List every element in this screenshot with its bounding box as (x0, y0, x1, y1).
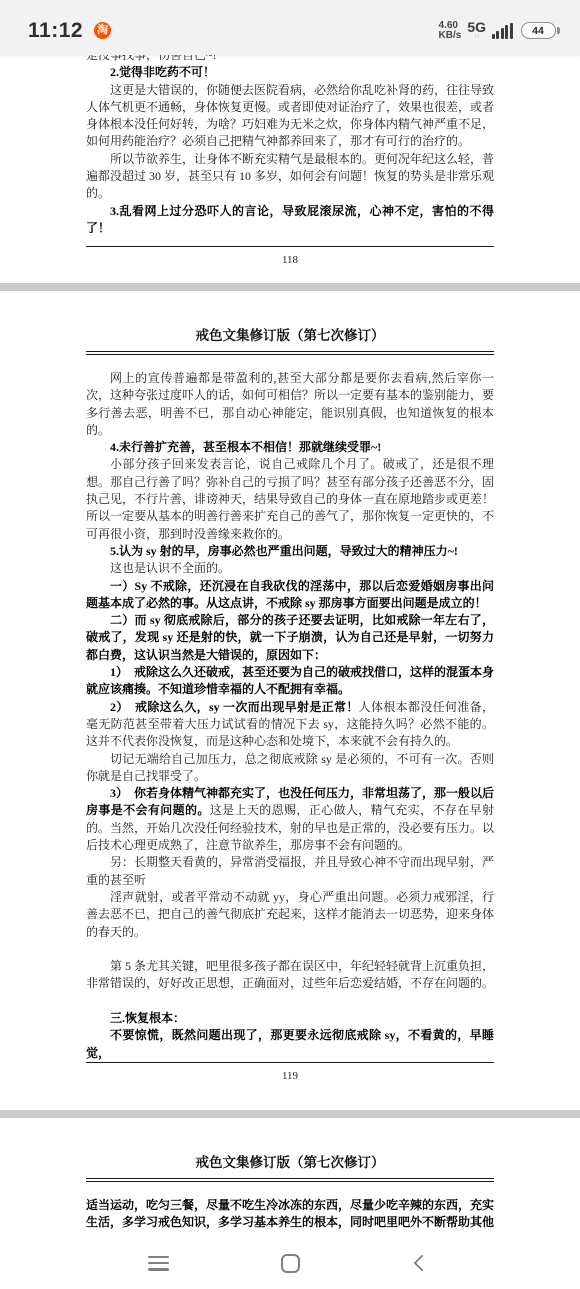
bold-text-run: 不要惊慌，既然问题出现了，那更要永远彻底戒除 sy，不看黄的，早睡觉， (86, 1028, 494, 1059)
battery-level: 44 (521, 22, 556, 39)
page-header: 戒色文集修订版（第七次修订） (86, 1155, 494, 1182)
footer-rule (86, 1062, 494, 1063)
paragraph: 3） 你若身体精气神都充实了，也没任何压力，非常坦荡了，那一般以后房事是不会有问… (86, 785, 494, 854)
page-footer: 119 (86, 1062, 494, 1084)
paragraph: 网上的宣传普遍都是带盈利的,甚至大部分都是要你去看病,然后宰你一次，这种夸张过度… (86, 370, 494, 439)
page-header: 戒色文集修订版（第七次修订） (86, 328, 494, 355)
chevron-left-icon (414, 1255, 431, 1272)
bold-text-run: 1） 戒除这么久还破戒，甚至还要为自己的破戒找借口，这样的混蛋本身就应该痛揍。不… (86, 665, 494, 696)
phone-screen: 11:12 淘 4.60 KB/s 5G ↑↓ 44 是没事找事，伤害自己~!2… (0, 0, 580, 1289)
bold-text-run: 3.乱看网上过分恐吓人的言论，导致屁滚尿流，心神不定，害怕的不得了！ (86, 204, 494, 235)
paragraph: 二）而 sy 彻底戒除后，部分的孩子还要去证明，比如戒除一年左右了，破戒了，发现… (86, 612, 494, 664)
android-nav-bar (0, 1237, 580, 1289)
rounded-square-icon (281, 1254, 300, 1273)
paragraph: 2.觉得非吃药不可！ (86, 64, 494, 81)
header-double-rule (86, 1178, 494, 1182)
battery-icon: 44 (521, 22, 561, 39)
bold-text-run: 适当运动，吃匀三餐，尽量不吃生冷冰冻的东西，尽量少吃辛辣的东西，充实生活，多学习… (86, 1198, 494, 1229)
taobao-notification-icon: 淘 (94, 22, 111, 39)
document-scroll-area[interactable]: 是没事找事，伤害自己~!2.觉得非吃药不可！这更是大错误的，你随便去医院看病，必… (0, 55, 580, 1237)
signal-strength-icon (490, 23, 513, 39)
text-run: 切记无端给自己加压力，总之彻底戒除 sy 是必须的，不可有一次。否则你就是自己找… (86, 752, 494, 783)
paragraph: 小部分孩子回来发表言论，说自己戒除几个月了。破戒了，还是很不理想。那自己行善了吗… (86, 456, 494, 542)
paragraph: 这也是认识不全面的。 (86, 560, 494, 577)
paragraph: 所以节欲养生，让身体不断充实精气是最根本的。更何况年纪这么轻，普遍都没超过 30… (86, 151, 494, 203)
status-bar-right: 4.60 KB/s 5G ↑↓ 44 (439, 21, 560, 41)
page-separator (0, 1110, 580, 1118)
page-number: 119 (86, 1069, 494, 1084)
paragraph: 淫声就射，或者平常动不动就 yy，身心严重出问题。必须力戒邪淫，行善去恶不已，把… (86, 889, 494, 941)
text-run: 网上的宣传普遍都是带盈利的,甚至大部分都是要你去看病,然后宰你一次，这种夸张过度… (86, 371, 494, 437)
back-button[interactable] (408, 1249, 436, 1277)
page-body: 适当运动，吃匀三餐，尽量不吃生冷冰冻的东西，尽量少吃辛辣的东西，充实生活，多学习… (86, 1197, 494, 1232)
paragraph: 这更是大错误的，你随便去医院看病，必然给你乱吃补肾的药，往往导致人体气机更不通畅… (86, 82, 494, 151)
page-number: 118 (86, 253, 494, 268)
document-page-118: 是没事找事，伤害自己~!2.觉得非吃药不可！这更是大错误的，你随便去医院看病，必… (0, 55, 580, 283)
paragraph: 1） 戒除这么久还破戒，甚至还要为自己的破戒找借口，这样的混蛋本身就应该痛揍。不… (86, 664, 494, 699)
status-bar: 11:12 淘 4.60 KB/s 5G ↑↓ 44 (0, 0, 580, 55)
paragraph: 三.恢复根本： (86, 1010, 494, 1027)
text-run: 所以节欲养生，让身体不断充实精气是最根本的。更何况年纪这么轻，普遍都没超过 30… (86, 152, 494, 201)
bold-text-run: 4.未行善扩充善，甚至根本不相信！那就继续受罪~! (110, 440, 381, 454)
text-run: 小部分孩子回来发表言论，说自己戒除几个月了。破戒了，还是很不理想。那自己行善了吗… (86, 457, 494, 540)
page-separator (0, 283, 580, 291)
network-type-indicator: 5G ↑↓ (467, 21, 486, 40)
home-button[interactable] (276, 1249, 304, 1277)
battery-nub (557, 27, 560, 34)
page-body: 是没事找事，伤害自己~!2.觉得非吃药不可！这更是大错误的，你随便去医院看病，必… (86, 55, 494, 237)
bold-text-run: 一）Sy 不戒除，还沉浸在自我砍伐的淫荡中，那以后恋爱婚姻房事出问题基本成了必然… (86, 579, 494, 610)
bold-text-run: 二）而 sy 彻底戒除后，部分的孩子还要去证明，比如戒除一年左右了，破戒了，发现… (86, 613, 494, 662)
network-speed-value: 4.60 (439, 21, 462, 31)
page-footer: 118 (86, 246, 494, 268)
network-speed-unit: KB/s (439, 31, 462, 41)
recents-button[interactable] (144, 1249, 172, 1277)
bold-text-run: 5.认为 sy 射的早，房事必然也严重出问题，导致过大的精神压力~! (110, 544, 458, 558)
document-page-120: 戒色文集修订版（第七次修订） 适当运动，吃匀三餐，尽量不吃生冷冰冻的东西，尽量少… (0, 1118, 580, 1237)
text-run: 这也是认识不全面的。 (110, 561, 230, 575)
paragraph: 适当运动，吃匀三餐，尽量不吃生冷冰冻的东西，尽量少吃辛辣的东西，充实生活，多学习… (86, 1197, 494, 1232)
document-page-119: 戒色文集修订版（第七次修订） 网上的宣传普遍都是带盈利的,甚至大部分都是要你去看… (0, 291, 580, 1110)
text-run: 第 5 条尤其关键，吧里很多孩子都在误区中，年纪轻轻就背上沉重负担，非常错误的，… (86, 959, 494, 990)
paragraph: 不要惊慌，既然问题出现了，那更要永远彻底戒除 sy，不看黄的，早睡觉， (86, 1027, 494, 1062)
paragraph: 5.认为 sy 射的早，房事必然也严重出问题，导致过大的精神压力~! (86, 543, 494, 560)
footer-rule (86, 246, 494, 247)
header-double-rule (86, 351, 494, 355)
bold-text-run: 2） 戒除这么久，sy 一次而出现早射是正常！ (110, 700, 359, 714)
paragraph: 3.乱看网上过分恐吓人的言论，导致屁滚尿流，心神不定，害怕的不得了！ (86, 203, 494, 238)
paragraph: 一）Sy 不戒除，还沉浸在自我砍伐的淫荡中，那以后恋爱婚姻房事出问题基本成了必然… (86, 578, 494, 613)
bold-text-run: 2.觉得非吃药不可！ (110, 65, 215, 79)
clock: 11:12 (28, 19, 83, 43)
blank-line (86, 941, 494, 958)
bold-text-run: 三.恢复根本： (110, 1011, 185, 1025)
paragraph: 第 5 条尤其关键，吧里很多孩子都在误区中，年纪轻轻就背上沉重负担，非常错误的，… (86, 958, 494, 993)
hamburger-menu-icon (148, 1256, 169, 1271)
text-run: 另：长期整天看黄的，异常消受福报，并且导致心神不守而出现早射，严重的甚至听 (86, 855, 494, 886)
blank-line (86, 993, 494, 1010)
network-type-label: 5G (467, 21, 486, 33)
page-body: 网上的宣传普遍都是带盈利的,甚至大部分都是要你去看病,然后宰你一次，这种夸张过度… (86, 370, 494, 1062)
paragraph: 另：长期整天看黄的，异常消受福报，并且导致心神不守而出现早射，严重的甚至听 (86, 854, 494, 889)
paragraph: 2） 戒除这么久，sy 一次而出现早射是正常！人体根本都没任何准备，毫无防范甚至… (86, 699, 494, 751)
text-run: 这更是大错误的，你随便去医院看病，必然给你乱吃补肾的药，往往导致人体气机更不通畅… (86, 83, 494, 149)
paragraph: 是没事找事，伤害自己~! (86, 55, 494, 64)
document-title: 戒色文集修订版（第七次修订） (86, 1155, 494, 1171)
text-run: 淫声就射，或者平常动不动就 yy，身心严重出问题。必须力戒邪淫，行善去恶不已，把… (86, 890, 494, 939)
paragraph: 切记无端给自己加压力，总之彻底戒除 sy 是必须的，不可有一次。否则你就是自己找… (86, 751, 494, 786)
text-run: 是没事找事，伤害自己~! (86, 55, 217, 62)
document-title: 戒色文集修订版（第七次修订） (86, 328, 494, 344)
network-speed: 4.60 KB/s (439, 21, 462, 41)
paragraph: 4.未行善扩充善，甚至根本不相信！那就继续受罪~! (86, 439, 494, 456)
